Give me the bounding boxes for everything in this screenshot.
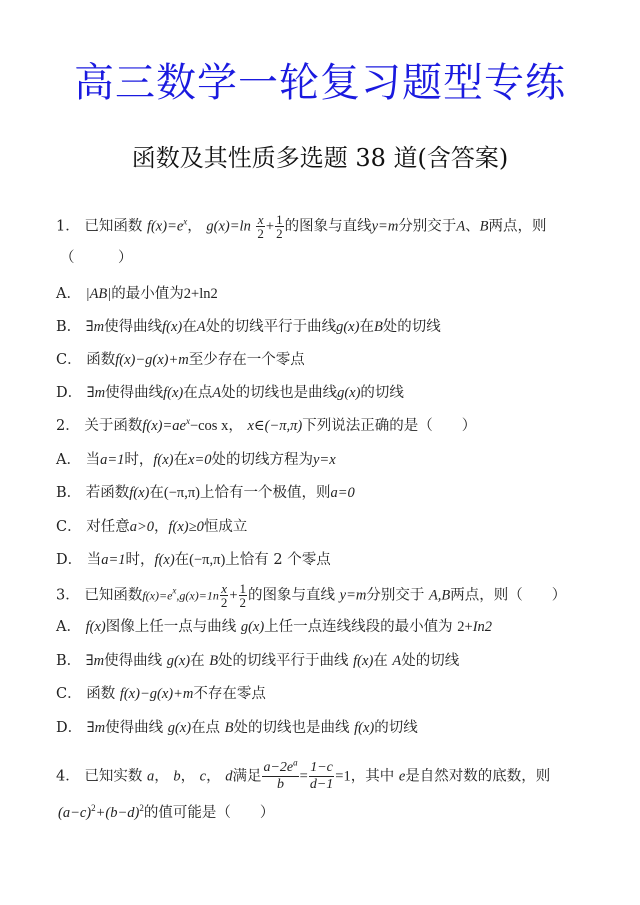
page-subtitle: 函数及其性质多选题 38 道(含答案) — [0, 142, 640, 174]
question-3-option-c: C． 函数 f(x)−g(x)+m不存在零点 — [56, 683, 266, 705]
fraction: 1−cd−1 — [309, 760, 334, 793]
question-2-option-a: A． 当a=1时，f(x)在x=0处的切线方程为y=x — [56, 449, 336, 471]
question-number: 1． — [56, 219, 80, 235]
fraction: x2 — [256, 213, 265, 240]
question-2-stem: 2． 关于函数f(x)=aex−cos x， x∈(−π,π)下列说法正确的是（… — [56, 415, 476, 437]
question-1-stem: 1． 已知函数 f(x)=ex， g(x)=ln x2+12的图象与直线y=m分… — [56, 213, 547, 240]
question-3-option-a: A． f(x)图像上任一点与曲线 g(x)上任一点连线线段的最小值为 2+In2 — [56, 616, 492, 638]
fraction: a−2eab — [262, 760, 298, 793]
question-1-option-b: B． ∃m使得曲线f(x)在A处的切线平行于曲线g(x)在B处的切线 — [56, 316, 441, 338]
question-4-stem: 4． 已知实数 a， b， c， d满足a−2eab=1−cd−1=1，其中 e… — [56, 760, 550, 793]
question-2-option-c: C． 对任意a>0，f(x)≥0恒成立 — [56, 516, 247, 538]
question-1-option-d: D． ∃m使得曲线f(x)在点A处的切线也是曲线g(x)的切线 — [56, 382, 404, 404]
question-2-option-b: B． 若函数f(x)在(−π,π)上恰有一个极值，则a=0 — [56, 482, 355, 504]
question-3-option-d: D． ∃m使得曲线 g(x)在点 B处的切线也是曲线 f(x)的切线 — [56, 717, 418, 739]
question-4-stem-line2: (a−c)2+(b−d)2的值可能是（ ） — [58, 802, 274, 824]
question-number: 2． — [56, 418, 80, 434]
fraction: x2 — [220, 582, 229, 609]
fraction: 12 — [239, 582, 248, 609]
question-2-option-d: D． 当a=1时，f(x)在(−π,π)上恰有 2 个零点 — [56, 549, 331, 571]
page-title: 高三数学一轮复习题型专练 — [0, 58, 640, 108]
question-3-stem: 3． 已知函数f(x)=ex,g(x)=1nx2+12的图象与直线 y=m分别交… — [56, 582, 566, 609]
question-1-option-a: A． |AB|的最小值为2+ln2 — [56, 283, 218, 305]
question-number: 3． — [56, 588, 80, 604]
question-number: 4． — [56, 769, 80, 785]
question-1-answer-blank: （ ） — [60, 247, 133, 269]
question-1-option-c: C． 函数f(x)−g(x)+m至少存在一个零点 — [56, 349, 305, 371]
question-3-option-b: B． ∃m使得曲线 g(x)在 B处的切线平行于曲线 f(x)在 A处的切线 — [56, 650, 459, 672]
fraction: 12 — [275, 213, 284, 240]
